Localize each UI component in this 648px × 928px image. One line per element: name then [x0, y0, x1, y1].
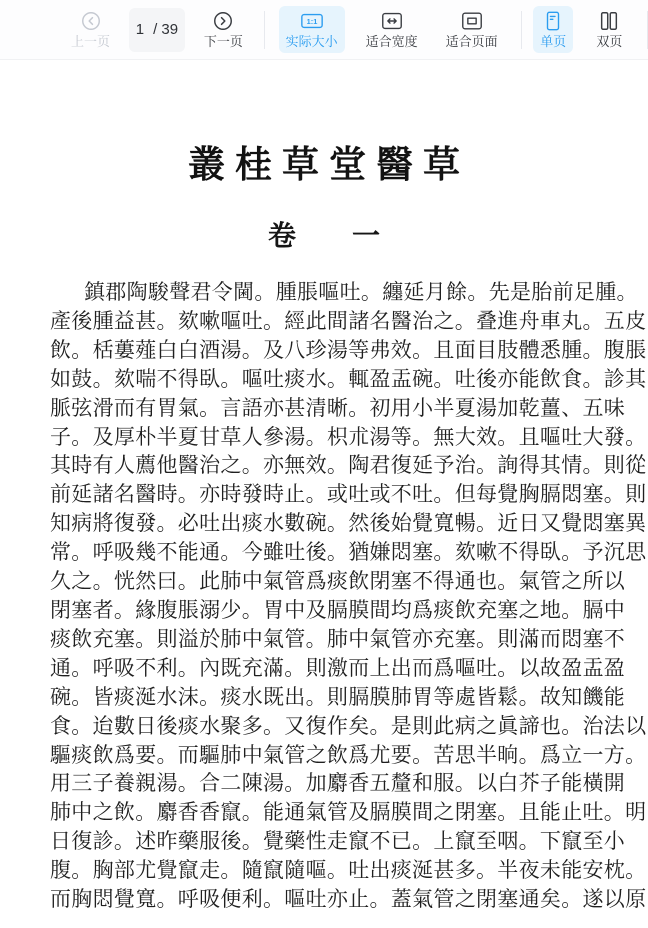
text-line: 腹。胸部尤覺竄走。隨竄隨嘔。吐出痰涎甚多。半夜未能安枕。 — [50, 856, 642, 885]
chevron-left-circle-icon — [80, 10, 102, 32]
fit-page-label: 适合页面 — [446, 34, 498, 49]
text-line: 閉塞者。緣腹脹溺少。胃中及膈膜間均爲痰飲充塞之地。膈中 — [50, 596, 642, 625]
toolbar-divider — [264, 11, 265, 49]
fit-page-button[interactable]: 适合页面 — [439, 6, 505, 53]
text-line: 產後腫益甚。欬嗽嘔吐。經此間諸名醫治之。叠進舟車丸。五皮 — [50, 307, 642, 336]
text-line: 脈弦滑而有胃氣。言語亦甚清晰。初用小半夏湯加乾薑、五味 — [50, 394, 642, 423]
body-text: 鎮郡陶駿聲君令閫。腫脹嘔吐。纏延月餘。先是胎前足腫。 產後腫益甚。欬嗽嘔吐。經此… — [0, 278, 648, 914]
actual-size-label: 实际大小 — [286, 34, 338, 49]
single-page-icon — [542, 10, 564, 32]
chevron-right-circle-icon — [212, 10, 234, 32]
text-line: 鎮郡陶駿聲君令閫。腫脹嘔吐。纏延月餘。先是胎前足腫。 — [50, 278, 642, 307]
fit-page-icon — [460, 10, 484, 32]
viewer-toolbar: 上一页 1 / 39 下一页 1:1 实际大小 — [0, 0, 648, 60]
double-page-button[interactable]: 双页 — [589, 6, 629, 53]
prev-page-button[interactable]: 上一页 — [64, 6, 117, 53]
single-page-button[interactable]: 单页 — [533, 6, 573, 53]
svg-text:1:1: 1:1 — [306, 17, 317, 26]
single-page-label: 单页 — [540, 34, 566, 49]
text-line: 其時有人薦他醫治之。亦無效。陶君復延予治。詢得其情。則從 — [50, 451, 642, 480]
one-to-one-icon: 1:1 — [300, 10, 324, 32]
page-number-indicator[interactable]: 1 / 39 — [129, 8, 185, 52]
fit-width-icon — [380, 10, 404, 32]
fit-width-label: 适合宽度 — [366, 34, 418, 49]
text-line: 子。及厚朴半夏甘草人參湯。枳朮湯等。無大效。且嘔吐大發。 — [50, 423, 642, 452]
total-pages-label: / 39 — [153, 21, 178, 38]
document-page: 叢桂草堂醫草 卷 一 鎮郡陶駿聲君令閫。腫脹嘔吐。纏延月餘。先是胎前足腫。 產後… — [0, 60, 648, 928]
volume-heading: 卷 一 — [0, 214, 648, 254]
book-title: 叢桂草堂醫草 — [0, 134, 648, 188]
text-line: 食。迨數日後痰水聚多。又復作矣。是則此病之眞諦也。治法以 — [50, 712, 642, 741]
next-page-button[interactable]: 下一页 — [197, 6, 250, 53]
fit-width-button[interactable]: 适合宽度 — [359, 6, 425, 53]
toolbar-divider — [521, 11, 522, 49]
next-page-label: 下一页 — [204, 34, 243, 49]
text-line: 痰飲充塞。則溢於肺中氣管。肺中氣管亦充塞。則滿而悶塞不 — [50, 625, 642, 654]
text-line: 碗。皆痰涎水沫。痰水既出。則膈膜肺胃等處皆鬆。故知饑能 — [50, 683, 642, 712]
double-page-label: 双页 — [596, 34, 622, 49]
text-line: 如鼓。欬喘不得臥。嘔吐痰水。輒盈盂碗。吐後亦能飲食。診其 — [50, 365, 642, 394]
actual-size-button[interactable]: 1:1 实际大小 — [279, 6, 345, 53]
prev-page-label: 上一页 — [71, 34, 110, 49]
text-line: 用三子養親湯。合二陳湯。加麝香五釐和服。以白芥子能橫開 — [50, 769, 642, 798]
text-line: 肺中之飲。麝香香竄。能通氣管及膈膜間之閉塞。且能止吐。明 — [50, 798, 642, 827]
text-line: 常。呼吸幾不能通。今雖吐後。猶嫌悶塞。欬嗽不得臥。予沉思 — [50, 538, 642, 567]
text-line: 驅痰飲爲要。而驅肺中氣管之飲爲尤要。苦思半晌。爲立一方。 — [50, 741, 642, 770]
text-line: 知病將復發。必吐出痰水數碗。然後始覺寬暢。近日又覺悶塞異 — [50, 509, 642, 538]
text-line: 日復診。述昨藥服後。覺藥性走竄不已。上竄至咽。下竄至小 — [50, 827, 642, 856]
text-line: 通。呼吸不利。內既充滿。則激而上出而爲嘔吐。以故盈盂盈 — [50, 654, 642, 683]
current-page-value[interactable]: 1 — [136, 21, 144, 38]
text-line: 久之。恍然曰。此肺中氣管爲痰飲閉塞不得通也。氣管之所以 — [50, 567, 642, 596]
text-line: 飲。栝蔞薤白白酒湯。及八珍湯等弗效。且面目肢體悉腫。腹脹 — [50, 336, 642, 365]
double-page-icon — [598, 10, 620, 32]
text-line: 而胸悶覺寬。呼吸便利。嘔吐亦止。蓋氣管之閉塞通矣。遂以原 — [50, 885, 642, 914]
text-line: 前延諸名醫時。亦時發時止。或吐或不吐。但每覺胸膈悶塞。則 — [50, 480, 642, 509]
